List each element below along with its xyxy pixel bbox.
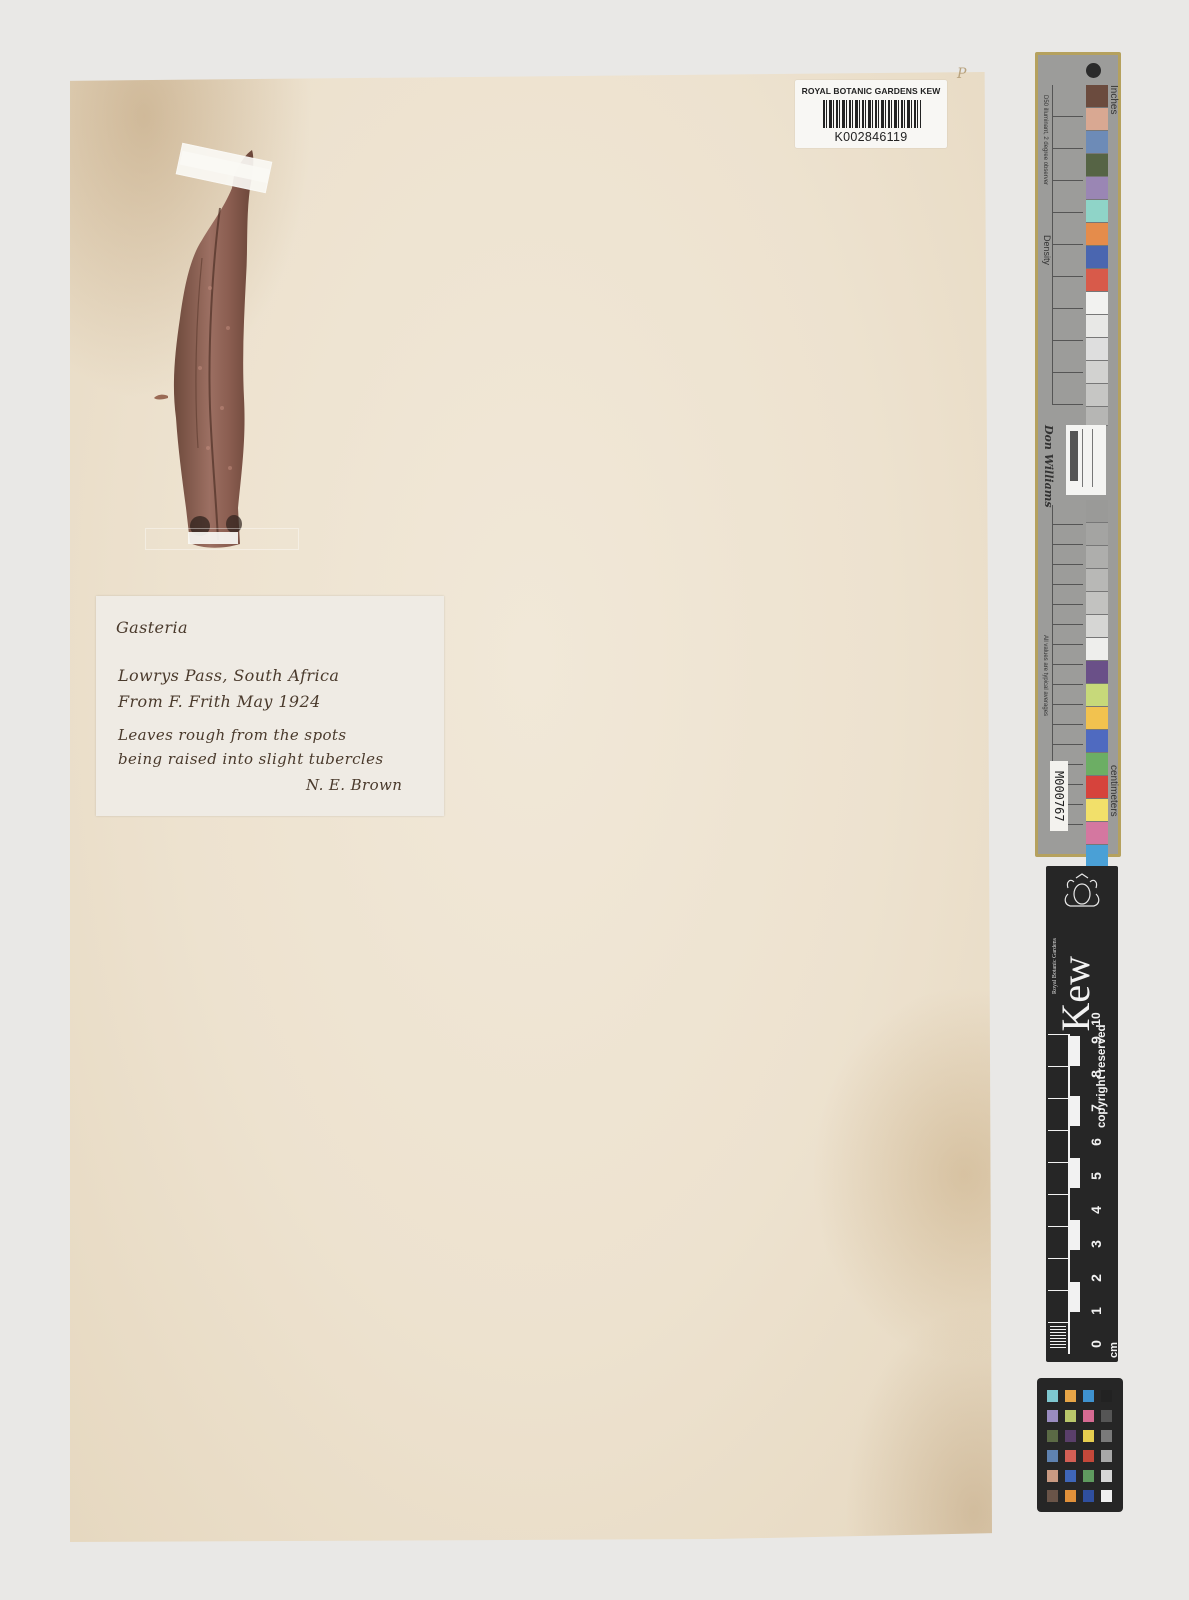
label-determiner: N. E. Brown	[306, 776, 402, 794]
ruler-number-5: 5	[1088, 1164, 1104, 1188]
ruler-number-7: 7	[1088, 1096, 1104, 1120]
color-swatches-top	[1086, 85, 1108, 426]
ruler-number-0: 0	[1088, 1332, 1104, 1356]
ruler-number-4: 4	[1088, 1198, 1104, 1222]
strip-data-grid-top	[1052, 85, 1083, 405]
cm-scale-bars	[1048, 1034, 1082, 1354]
barcode-icon	[823, 100, 921, 128]
kew-scale-ruler: Royal Botanic Gardens Kew copyright rese…	[1046, 866, 1118, 1362]
strip-density-label: Density	[1042, 235, 1052, 265]
strip-id-tag: M000767	[1050, 761, 1068, 831]
strip-hole-top	[1086, 63, 1101, 78]
density-target-patch	[1066, 425, 1106, 495]
color-calibration-strip: Inches D50 illuminant, 2 degree observer…	[1035, 52, 1121, 857]
ruler-unit-cm: cm	[1108, 1338, 1120, 1362]
label-collector-date: From F. Frith May 1924	[118, 692, 321, 711]
ruler-number-1: 1	[1088, 1299, 1104, 1323]
label-note-line-2: being raised into slight tubercles	[118, 750, 384, 768]
label-genus: Gasteria	[116, 618, 188, 637]
ruler-number-8: 8	[1088, 1062, 1104, 1086]
color-checker-card	[1037, 1378, 1123, 1512]
dried-leaf-specimen	[150, 148, 270, 558]
color-swatches-bottom	[1086, 500, 1108, 868]
barcode-label: ROYAL BOTANIC GARDENS KEW K002846119	[795, 80, 947, 148]
royal-crest-icon	[1060, 872, 1104, 914]
ruler-number-3: 3	[1088, 1232, 1104, 1256]
ruler-number-10: 10	[1089, 1007, 1103, 1031]
ruler-number-6: 6	[1088, 1130, 1104, 1154]
handwritten-collection-label: Gasteria Lowrys Pass, South Africa From …	[96, 596, 444, 816]
barcode-number: K002846119	[795, 130, 947, 144]
label-note-line-1: Leaves rough from the spots	[118, 726, 346, 744]
corner-pencil-mark: P	[957, 66, 966, 82]
ruler-number-9: 9	[1088, 1028, 1104, 1052]
ruler-number-2: 2	[1088, 1266, 1104, 1290]
institution-name: ROYAL BOTANIC GARDENS KEW	[795, 86, 947, 96]
strip-illuminant-note: D50 illuminant, 2 degree observer	[1042, 95, 1048, 185]
mounting-tape-bottom	[188, 532, 238, 544]
strip-brand: Don Williams	[1042, 425, 1055, 508]
strip-footer-note: All values are typical averages	[1042, 635, 1048, 716]
strip-centimeters-label: centimeters	[1108, 765, 1119, 817]
label-locality: Lowrys Pass, South Africa	[118, 666, 339, 685]
strip-inches-label: Inches	[1108, 85, 1119, 114]
